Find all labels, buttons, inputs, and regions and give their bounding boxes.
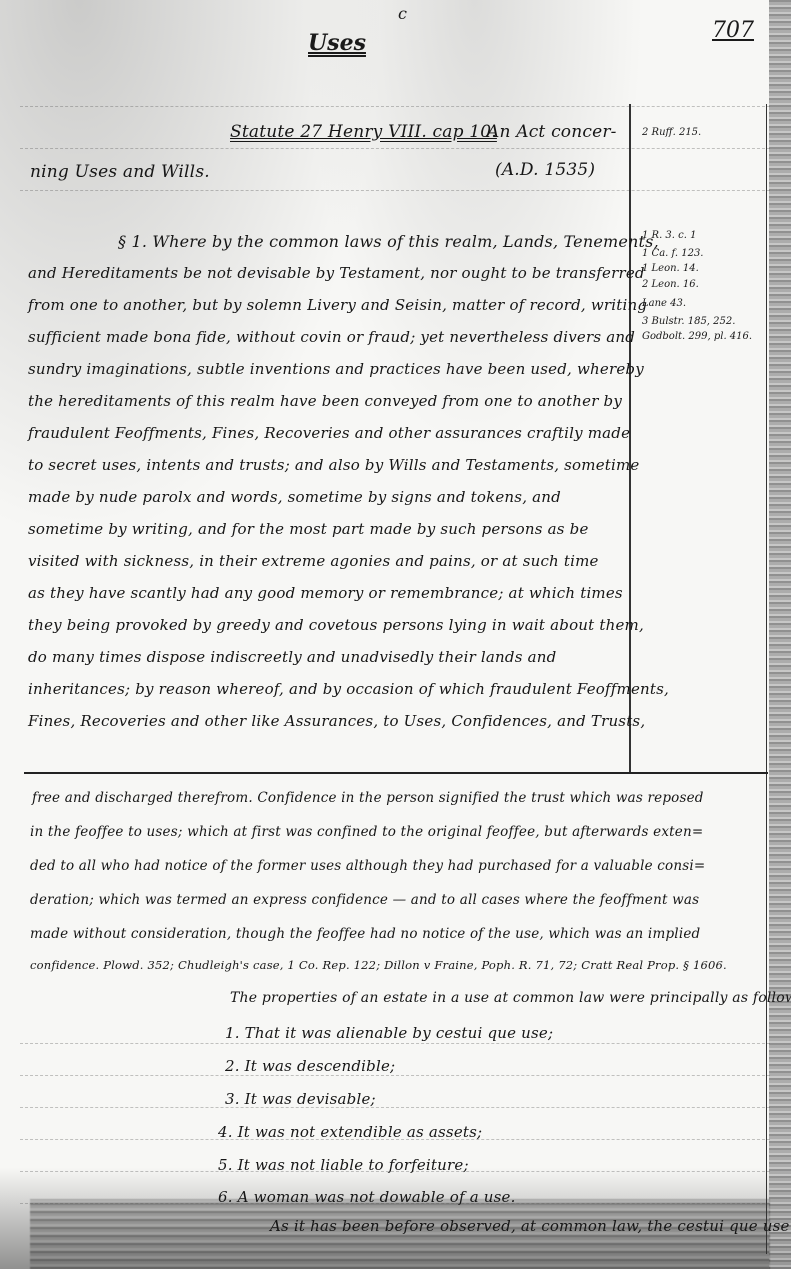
margin-note: Lane 43.	[642, 298, 686, 309]
statute-line: sundry imaginations, subtle inventions a…	[28, 360, 644, 378]
statute-title-part1: An Act concer-	[487, 122, 617, 142]
margin-note: 1 Leon. 14.	[642, 263, 699, 274]
property-item: 4. It was not extendible as assets;	[218, 1123, 482, 1141]
property-item: 5. It was not liable to forfeiture;	[218, 1156, 469, 1174]
statute-line: and Hereditaments be not devisable by Te…	[28, 264, 645, 282]
section-separator	[24, 772, 768, 774]
statute-line: do many times dispose indiscreetly and u…	[28, 648, 556, 666]
commentary-line: in the feoffee to uses; which at first w…	[30, 824, 703, 840]
commentary-line: deration; which was termed an express co…	[30, 892, 699, 908]
statute-line: to secret uses, intents and trusts; and …	[28, 456, 640, 474]
statute-line: Fines, Recoveries and other like Assuran…	[28, 712, 645, 730]
statute-line: fraudulent Feoffments, Fines, Recoveries…	[28, 424, 630, 442]
statute-citation: Statute 27 Henry VIII. cap 10.	[230, 122, 497, 142]
statute-line: inheritances; by reason whereof, and by …	[28, 680, 669, 698]
ruled-line	[20, 1075, 770, 1076]
statute-line: sufficient made bona fide, without covin…	[28, 328, 635, 346]
ruled-line	[20, 1043, 770, 1044]
statute-date: (A.D. 1535)	[495, 160, 595, 180]
commentary-citations: confidence. Plowd. 352; Chudleigh's case…	[30, 958, 727, 972]
statute-line: from one to another, but by solemn Liver…	[28, 296, 647, 314]
statute-line: § 1. Where by the common laws of this re…	[118, 232, 659, 251]
margin-note: 2 Leon. 16.	[642, 279, 699, 290]
statute-line: they being provoked by greedy and coveto…	[28, 616, 644, 634]
margin-note: Godbolt. 299, pl. 416.	[642, 331, 752, 342]
commentary-line: ded to all who had notice of the former …	[30, 858, 705, 874]
page-edge-shadow	[769, 0, 791, 1269]
ruled-line	[20, 106, 770, 107]
page-number: 707	[712, 18, 754, 43]
statute-line: sometime by writing, and for the most pa…	[28, 520, 589, 538]
right-margin-line	[766, 104, 767, 1254]
commentary-line: free and discharged therefrom. Confidenc…	[32, 790, 704, 806]
statute-line: the hereditaments of this realm have bee…	[28, 392, 622, 410]
closing-line: As it has been before observed, at commo…	[270, 1217, 790, 1235]
statute-line: visited with sickness, in their extreme …	[28, 552, 599, 570]
statute-line: as they have scantly had any good memory…	[28, 584, 623, 602]
ruled-line	[20, 190, 770, 191]
ruled-line	[20, 148, 770, 149]
properties-intro: The properties of an estate in a use at …	[230, 990, 791, 1006]
statute-title-part2: ning Uses and Wills.	[30, 162, 210, 182]
property-item: 2. It was descendible;	[225, 1057, 395, 1075]
property-item: 3. It was devisable;	[225, 1090, 376, 1108]
statute-line: made by nude parolx and words, sometime …	[28, 488, 561, 506]
section-mark: c	[398, 4, 407, 23]
ruled-line	[20, 1107, 770, 1108]
property-item: 1. That it was alienable by cestui que u…	[225, 1024, 553, 1042]
commentary-line: made without consideration, though the f…	[30, 926, 700, 942]
property-item: 6. A woman was not dowable of a use.	[218, 1188, 516, 1206]
margin-note: 2 Ruff. 215.	[642, 127, 701, 138]
margin-note: 3 Bulstr. 185, 252.	[642, 316, 735, 327]
page-title: Uses	[308, 30, 366, 56]
manuscript-page: c Uses 707 Statute 27 Henry VIII. cap 10…	[0, 0, 791, 1269]
